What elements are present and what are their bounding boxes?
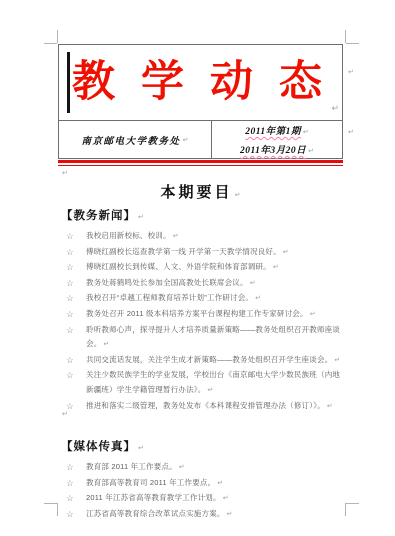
issue-number: 2011年第1期 bbox=[245, 127, 301, 137]
item-text: 关注少数民族学生的学业发展，学校出台《南京邮电大学少数民族班（内地新疆班）学生学… bbox=[86, 370, 340, 394]
list-item: ☆共同交流话发展，关注学生成才新策略——教务处组织召开学生座谈会。↵ bbox=[58, 353, 345, 369]
star-bullet-icon: ☆ bbox=[66, 307, 74, 322]
list-item: ☆教务处蒋鹤鸣处长参加全国高教处长联席会议。↵ bbox=[58, 276, 345, 292]
paragraph-mark-icon: ↵ bbox=[310, 311, 316, 318]
body-column: 【教务新闻】↵ ☆我校启用新校标、校训。↵ ☆傅晓红副校长巡查教学第一线 开学第… bbox=[58, 210, 345, 523]
star-bullet-icon: ☆ bbox=[66, 291, 74, 306]
paragraph-mark-icon: ↵ bbox=[255, 295, 261, 302]
contents-title: 本期要目 bbox=[161, 184, 233, 201]
double-red-rule bbox=[58, 160, 343, 166]
item-text: 推进和落实二级管理，教务处发布《本科课程安排管理办法（修订）》。 bbox=[86, 401, 325, 410]
item-text: 聆听教师心声，探寻提升人才培养质量新策略——教务处组织召开教师座谈会。 bbox=[86, 325, 340, 349]
item-text: 傅晓红副校长巡查教学第一线 开学第一天教学情况良好。 bbox=[86, 247, 281, 256]
star-bullet-icon: ☆ bbox=[66, 260, 74, 275]
newsletter-title: 教学动态 bbox=[59, 45, 342, 119]
star-bullet-icon: ☆ bbox=[66, 245, 74, 260]
star-bullet-icon: ☆ bbox=[66, 476, 74, 491]
paragraph-mark-icon: ↵ bbox=[227, 511, 233, 518]
row-end-mark: ↵ bbox=[348, 128, 354, 136]
crop-mark-bottom-right bbox=[345, 503, 346, 516]
issue-cell: 2011年第1期↵ 2011年3月20日↵ bbox=[212, 121, 342, 158]
list-item: ☆我校召开“卓越工程师教育培养计划”工作研讨会。↵ bbox=[58, 291, 345, 307]
paragraph-mark-icon: ↵ bbox=[334, 357, 340, 364]
paragraph-mark-icon: ↵ bbox=[283, 249, 289, 256]
item-text: 共同交流话发展，关注学生成才新策略——教务处组织召开学生座谈会。 bbox=[86, 355, 332, 364]
star-bullet-icon: ☆ bbox=[66, 323, 74, 338]
list-item: ☆教育部高等教育司 2011 年工作要点。↵ bbox=[58, 476, 345, 492]
star-bullet-icon: ☆ bbox=[66, 491, 74, 506]
paragraph-mark-icon: ↵ bbox=[62, 169, 68, 177]
star-bullet-icon: ☆ bbox=[66, 507, 74, 522]
masthead-title-row[interactable]: 教学动态 ↵ bbox=[59, 45, 342, 121]
crop-mark-top-right bbox=[346, 43, 359, 44]
list-item: ☆2011 年江苏省高等教育教学工作计划。↵ bbox=[58, 491, 345, 507]
paragraph-mark-icon: ↵ bbox=[327, 403, 333, 410]
crop-mark-top-left bbox=[44, 43, 57, 44]
star-bullet-icon: ☆ bbox=[66, 229, 74, 244]
section-heading-meiti: 【媒体传真】↵ bbox=[61, 441, 345, 455]
crop-mark-top-left bbox=[57, 30, 58, 43]
crop-mark-top-right bbox=[345, 30, 346, 43]
item-text: 教务处蒋鹤鸣处长参加全国高教处长联席会议。 bbox=[86, 278, 248, 287]
item-text: 傅晓红副校长到传媒、人文、外语学院和体育部调研。 bbox=[86, 262, 271, 271]
row-end-mark: ↵ bbox=[348, 68, 354, 76]
paragraph-mark-icon: ↵ bbox=[308, 148, 314, 155]
star-bullet-icon: ☆ bbox=[66, 353, 74, 368]
masthead-table: 教学动态 ↵ 南京邮电大学教务处↵ 2011年第1期↵ 2011年3月20日↵ bbox=[58, 44, 343, 159]
paragraph-mark-icon: ↵ bbox=[303, 129, 309, 136]
crop-mark-bottom-right bbox=[346, 503, 359, 504]
list-item: ☆江苏省高等教育综合改革试点实施方案。↵ bbox=[58, 507, 345, 523]
issue-date: 2011年3月20日 bbox=[240, 146, 306, 156]
paragraph-mark-icon: ↵ bbox=[173, 233, 179, 240]
item-text: 教务处召开 2011 级本科培养方案平台课程构建工作专家研讨会。 bbox=[86, 309, 308, 318]
item-text: 2011 年江苏省高等教育教学工作计划。 bbox=[86, 493, 221, 502]
item-text: 我校召开“卓越工程师教育培养计划”工作研讨会。 bbox=[86, 293, 253, 302]
document-page[interactable]: 教学动态 ↵ 南京邮电大学教务处↵ 2011年第1期↵ 2011年3月20日↵ … bbox=[0, 0, 395, 536]
list-item: ☆我校启用新校标、校训。↵ bbox=[58, 229, 345, 245]
item-text: 教育部高等教育司 2011 年工作要点。 bbox=[86, 478, 215, 487]
paragraph-mark-icon: ↵ bbox=[103, 341, 109, 348]
list-item: ☆聆听教师心声，探寻提升人才培养质量新策略——教务处组织召开教师座谈会。↵ bbox=[58, 323, 345, 353]
paragraph-mark-icon: ↵ bbox=[138, 445, 145, 452]
paragraph-mark-icon: ↵ bbox=[250, 280, 256, 287]
paragraph-mark-icon: ↵ bbox=[223, 495, 229, 502]
star-bullet-icon: ☆ bbox=[66, 276, 74, 291]
paragraph-mark-icon: ↵ bbox=[217, 480, 223, 487]
paragraph-mark-icon: ↵ bbox=[235, 192, 241, 199]
list-item: ☆傅晓红副校长巡查教学第一线 开学第一天教学情况良好。↵ bbox=[58, 245, 345, 261]
text-cursor bbox=[67, 52, 70, 113]
item-text: 教育部 2011 年工作要点。 bbox=[86, 462, 177, 471]
paragraph-mark-icon: ↵ bbox=[273, 264, 279, 271]
crop-mark-bottom-left bbox=[44, 503, 57, 504]
paragraph-mark-icon: ↵ bbox=[179, 464, 185, 471]
list-item: ☆教务处召开 2011 级本科培养方案平台课程构建工作专家研讨会。↵ bbox=[58, 307, 345, 323]
list-item: ☆教育部 2011 年工作要点。↵ bbox=[58, 460, 345, 476]
star-bullet-icon: ☆ bbox=[66, 368, 74, 383]
publisher-name: 南京邮电大学教务处 bbox=[82, 133, 181, 147]
star-bullet-icon: ☆ bbox=[66, 399, 74, 414]
item-text: 江苏省高等教育综合改革试点实施方案。 bbox=[86, 509, 225, 518]
star-bullet-icon: ☆ bbox=[66, 460, 74, 475]
paragraph-mark-icon: ↵ bbox=[138, 214, 145, 221]
publisher-cell: 南京邮电大学教务处↵ bbox=[59, 121, 212, 158]
paragraph-mark-icon: ↵ bbox=[331, 103, 339, 114]
item-text: 我校启用新校标、校训。 bbox=[86, 231, 171, 240]
paragraph-mark-icon: ↵ bbox=[183, 136, 189, 144]
list-item: ☆关注少数民族学生的学业发展，学校出台《南京邮电大学少数民族班（内地新疆班）学生… bbox=[58, 368, 345, 398]
section-heading-jiaowu: 【教务新闻】↵ bbox=[61, 210, 345, 224]
contents-heading: 本期要目↵ bbox=[58, 181, 343, 202]
list-item: ☆推进和落实二级管理，教务处发布《本科课程安排管理办法（修订）》。↵ bbox=[58, 399, 345, 415]
list-item: ☆傅晓红副校长到传媒、人文、外语学院和体育部调研。↵ bbox=[58, 260, 345, 276]
paragraph-mark-icon: ↵ bbox=[207, 387, 213, 394]
